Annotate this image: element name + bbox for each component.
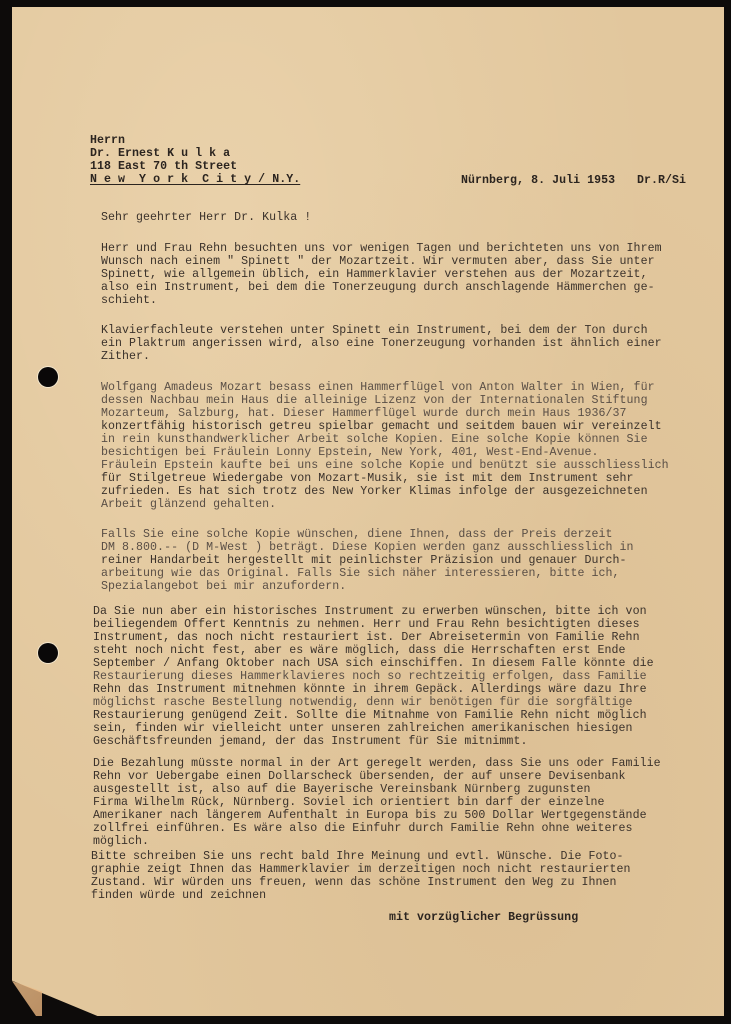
text-line: in rein kunsthandwerklicher Arbeit solch… bbox=[101, 433, 648, 446]
text-line: September / Anfang Oktober nach USA sich… bbox=[93, 657, 654, 670]
text-line: finden würde und zeichnen bbox=[91, 889, 266, 902]
text-line: Spezialangebot bei mir anzufordern. bbox=[101, 580, 346, 593]
recipient-city: N e w Y o r k C i t y / N.Y. bbox=[90, 173, 300, 186]
text-line: konzertfähig historisch getreu spielbar … bbox=[101, 420, 662, 433]
text-line: Zustand. Wir würden uns freuen, wenn das… bbox=[91, 876, 617, 889]
text-line: Mozarteum, Salzburg, hat. Dieser Hammerf… bbox=[101, 407, 627, 420]
text-line: Rehn das Instrument mitnehmen könnte in … bbox=[93, 683, 647, 696]
text-line: Fräulein Epstein kaufte bei uns eine sol… bbox=[101, 459, 669, 472]
text-line: ausgestellt ist, also auf die Bayerische… bbox=[93, 783, 591, 796]
text-line: also ein Instrument, bei dem die Tonerze… bbox=[101, 281, 655, 294]
text-line: zufrieden. Es hat sich trotz des New Yor… bbox=[101, 485, 648, 498]
punch-hole-lower bbox=[38, 643, 58, 663]
text-line: Firma Wilhelm Rück, Nürnberg. Soviel ich… bbox=[93, 796, 605, 809]
punch-hole-upper bbox=[38, 367, 58, 387]
text-line: beiliegendem Offert Kenntnis zu nehmen. … bbox=[93, 618, 640, 631]
text-line: Rehn vor Uebergabe einen Dollarscheck üb… bbox=[93, 770, 626, 783]
text-line: Da Sie nun aber ein historisches Instrum… bbox=[93, 605, 647, 618]
recipient-street: 118 East 70 th Street bbox=[90, 160, 237, 173]
text-line: reiner Handarbeit hergestellt mit peinli… bbox=[101, 554, 627, 567]
text-line: Zither. bbox=[101, 350, 150, 363]
text-line: Instrument, das noch nicht restauriert i… bbox=[93, 631, 640, 644]
text-line: dessen Nachbau mein Haus die alleinige L… bbox=[101, 394, 648, 407]
recipient-salutation: Herrn bbox=[90, 134, 125, 147]
recipient-name: Dr. Ernest K u l k a bbox=[90, 147, 230, 160]
text-line: sein, finden wir vielleicht unter unsere… bbox=[93, 722, 633, 735]
text-line: für Stilgetreue Wiedergabe von Mozart-Mu… bbox=[101, 472, 634, 485]
text-line: Arbeit glänzend gehalten. bbox=[101, 498, 276, 511]
text-line: steht noch nicht fest, aber es wäre mögl… bbox=[93, 644, 626, 657]
text-line: Falls Sie eine solche Kopie wünschen, di… bbox=[101, 528, 613, 541]
reference-code: Dr.R/Si bbox=[637, 174, 686, 187]
text-line: Restaurierung dieses Hammerklavieres noc… bbox=[93, 670, 647, 683]
text-line: Herr und Frau Rehn besuchten uns vor wen… bbox=[101, 242, 662, 255]
greeting: Sehr geehrter Herr Dr. Kulka ! bbox=[101, 211, 311, 224]
text-line: Amerikaner nach längerem Aufenthalt in E… bbox=[93, 809, 647, 822]
text-line: Die Bezahlung müsste normal in der Art g… bbox=[93, 757, 661, 770]
text-line: Restaurierung genügend Zeit. Sollte die … bbox=[93, 709, 647, 722]
text-line: DM 8.800.-- (D M-West ) beträgt. Diese K… bbox=[101, 541, 634, 554]
text-line: graphie zeigt Ihnen das Hammerklavier im… bbox=[91, 863, 631, 876]
text-line: zollfrei einführen. Es wäre also die Ein… bbox=[93, 822, 633, 835]
place-date: Nürnberg, 8. Juli 1953 bbox=[461, 174, 615, 187]
text-line: arbeitung wie das Original. Falls Sie si… bbox=[101, 567, 620, 580]
text-line: schieht. bbox=[101, 294, 157, 307]
text-line: Wolfgang Amadeus Mozart besass einen Ham… bbox=[101, 381, 655, 394]
closing: mit vorzüglicher Begrüssung bbox=[389, 911, 578, 924]
text-line: besichtigen bei Fräulein Lonny Epstein, … bbox=[101, 446, 599, 459]
text-line: möglichst rasche Bestellung notwendig, d… bbox=[93, 696, 633, 709]
text-line: Geschäftsfreunden jemand, der das Instru… bbox=[93, 735, 527, 748]
text-line: möglich. bbox=[93, 835, 149, 848]
text-line: Bitte schreiben Sie uns recht bald Ihre … bbox=[91, 850, 624, 863]
text-line: Spinett, wie allgemein üblich, ein Hamme… bbox=[101, 268, 648, 281]
text-line: Klavierfachleute verstehen unter Spinett… bbox=[101, 324, 648, 337]
text-line: ein Plaktrum angerissen wird, also eine … bbox=[101, 337, 662, 350]
text-line: Wunsch nach einem " Spinett " der Mozart… bbox=[101, 255, 655, 268]
